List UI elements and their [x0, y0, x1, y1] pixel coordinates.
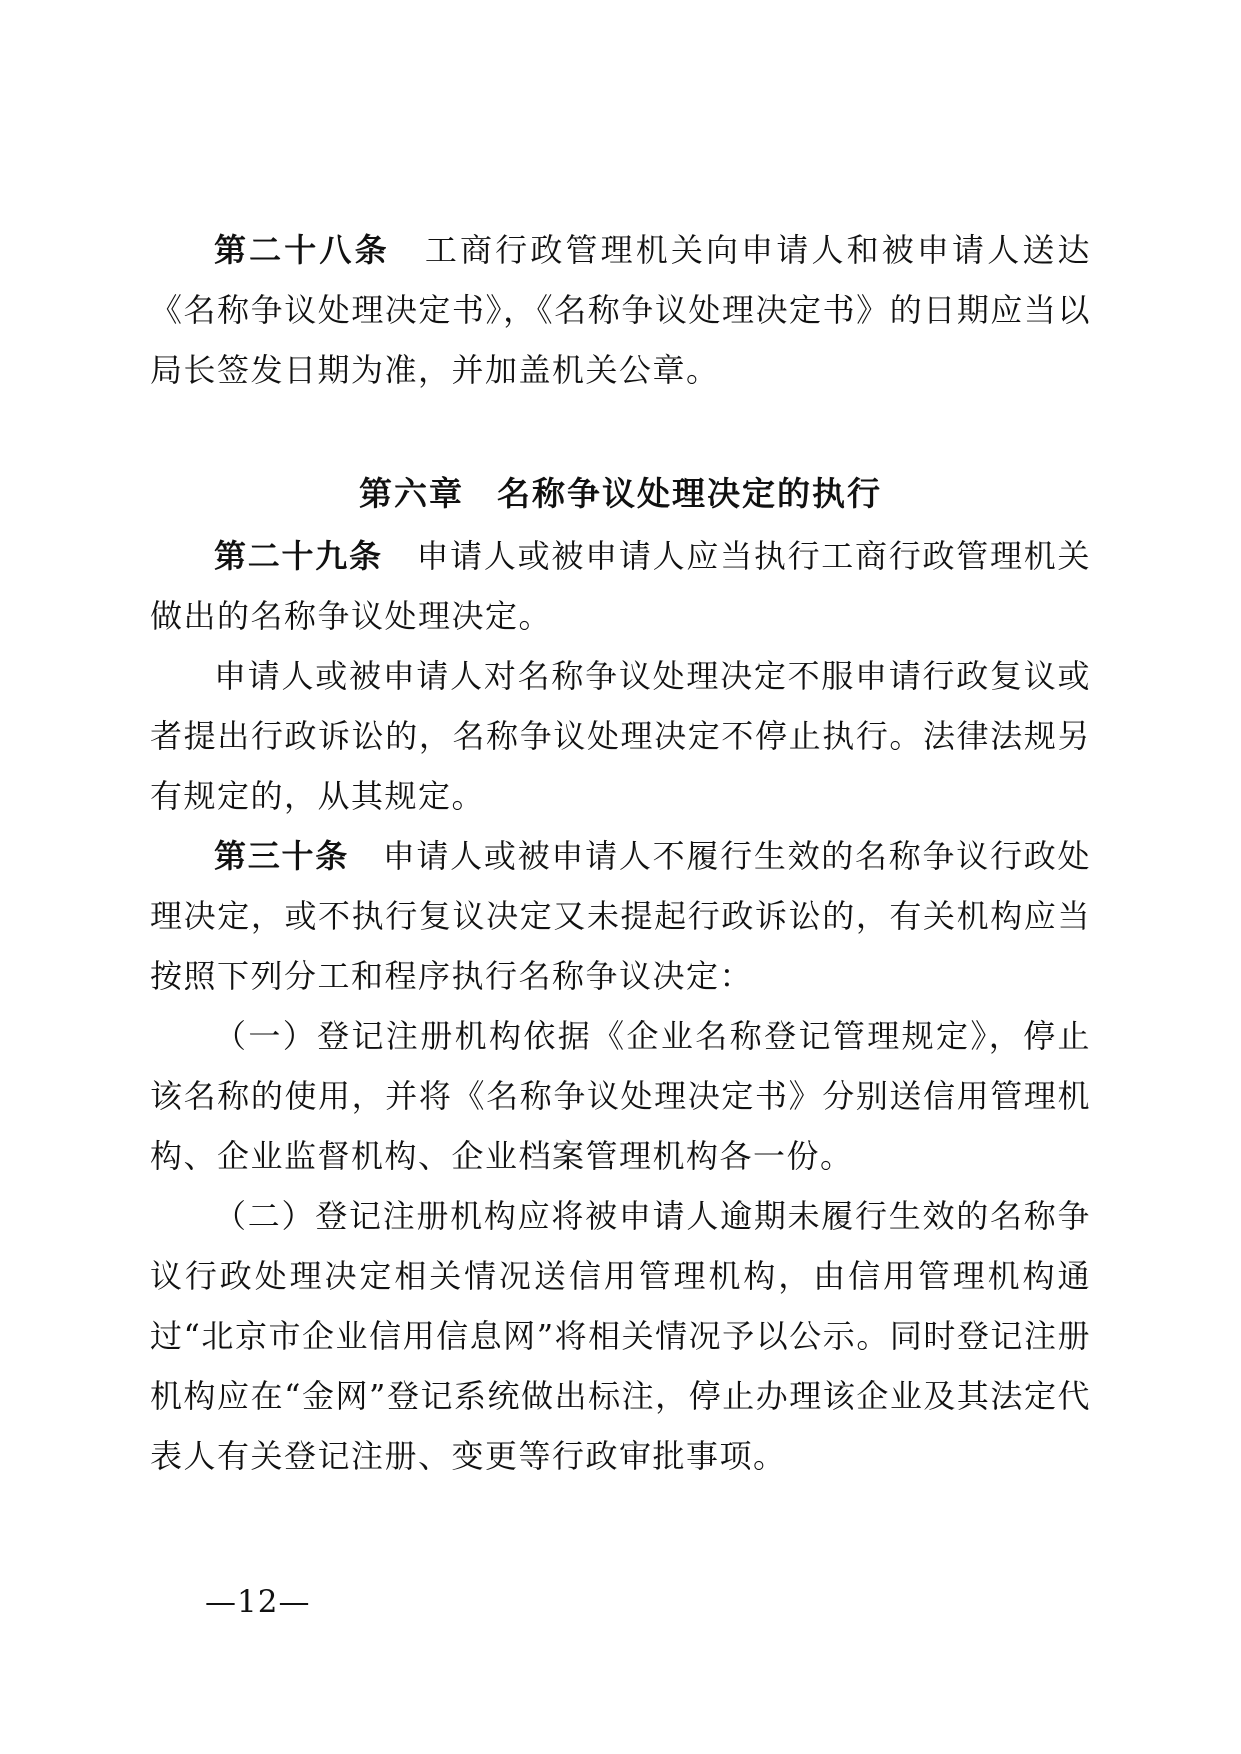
chapter-6-title: 名称争议处理决定的执行 [497, 474, 882, 513]
paragraph-article-30-item-1: （一）登记注册机构依据《企业名称登记管理规定》，停止该名称的使用，并将《名称争议… [150, 1006, 1091, 1186]
chapter-6-heading: 第六章名称争议处理决定的执行 [150, 464, 1091, 524]
document-body: 第二十八条 工商行政管理机关向申请人和被申请人送达《名称争议处理决定书》，《名称… [150, 220, 1091, 1486]
paragraph-article-29: 第二十九条 申请人或被申请人应当执行工商行政管理机关做出的名称争议处理决定。 [150, 526, 1091, 646]
article-28-number: 第二十八条 [214, 231, 390, 269]
paragraph-article-30: 第三十条 申请人或被申请人不履行生效的名称争议行政处理决定，或不执行复议决定又未… [150, 826, 1091, 1006]
paragraph-article-28: 第二十八条 工商行政管理机关向申请人和被申请人送达《名称争议处理决定书》，《名称… [150, 220, 1091, 400]
article-29-number: 第二十九条 [214, 537, 383, 575]
article-30-item-1-text: （一）登记注册机构依据《企业名称登记管理规定》，停止该名称的使用，并将《名称争议… [150, 1017, 1091, 1175]
chapter-6-number: 第六章 [359, 474, 464, 513]
paragraph-article-29-clause-2: 申请人或被申请人对名称争议处理决定不服申请行政复议或者提出行政诉讼的，名称争议处… [150, 646, 1091, 826]
document-sheet: 第二十八条 工商行政管理机关向申请人和被申请人送达《名称争议处理决定书》，《名称… [0, 0, 1241, 1754]
article-29-clause-2-text: 申请人或被申请人对名称争议处理决定不服申请行政复议或者提出行政诉讼的，名称争议处… [150, 657, 1091, 815]
paragraph-article-30-item-2: （二）登记注册机构应将被申请人逾期未履行生效的名称争议行政处理决定相关情况送信用… [150, 1186, 1091, 1486]
scanned-document-page: { "page": { "background": "#ffffff", "te… [0, 0, 1241, 1754]
page-number: —12— [205, 1582, 310, 1622]
article-30-item-2-text: （二）登记注册机构应将被申请人逾期未履行生效的名称争议行政处理决定相关情况送信用… [150, 1197, 1091, 1475]
article-30-number: 第三十条 [214, 837, 349, 875]
